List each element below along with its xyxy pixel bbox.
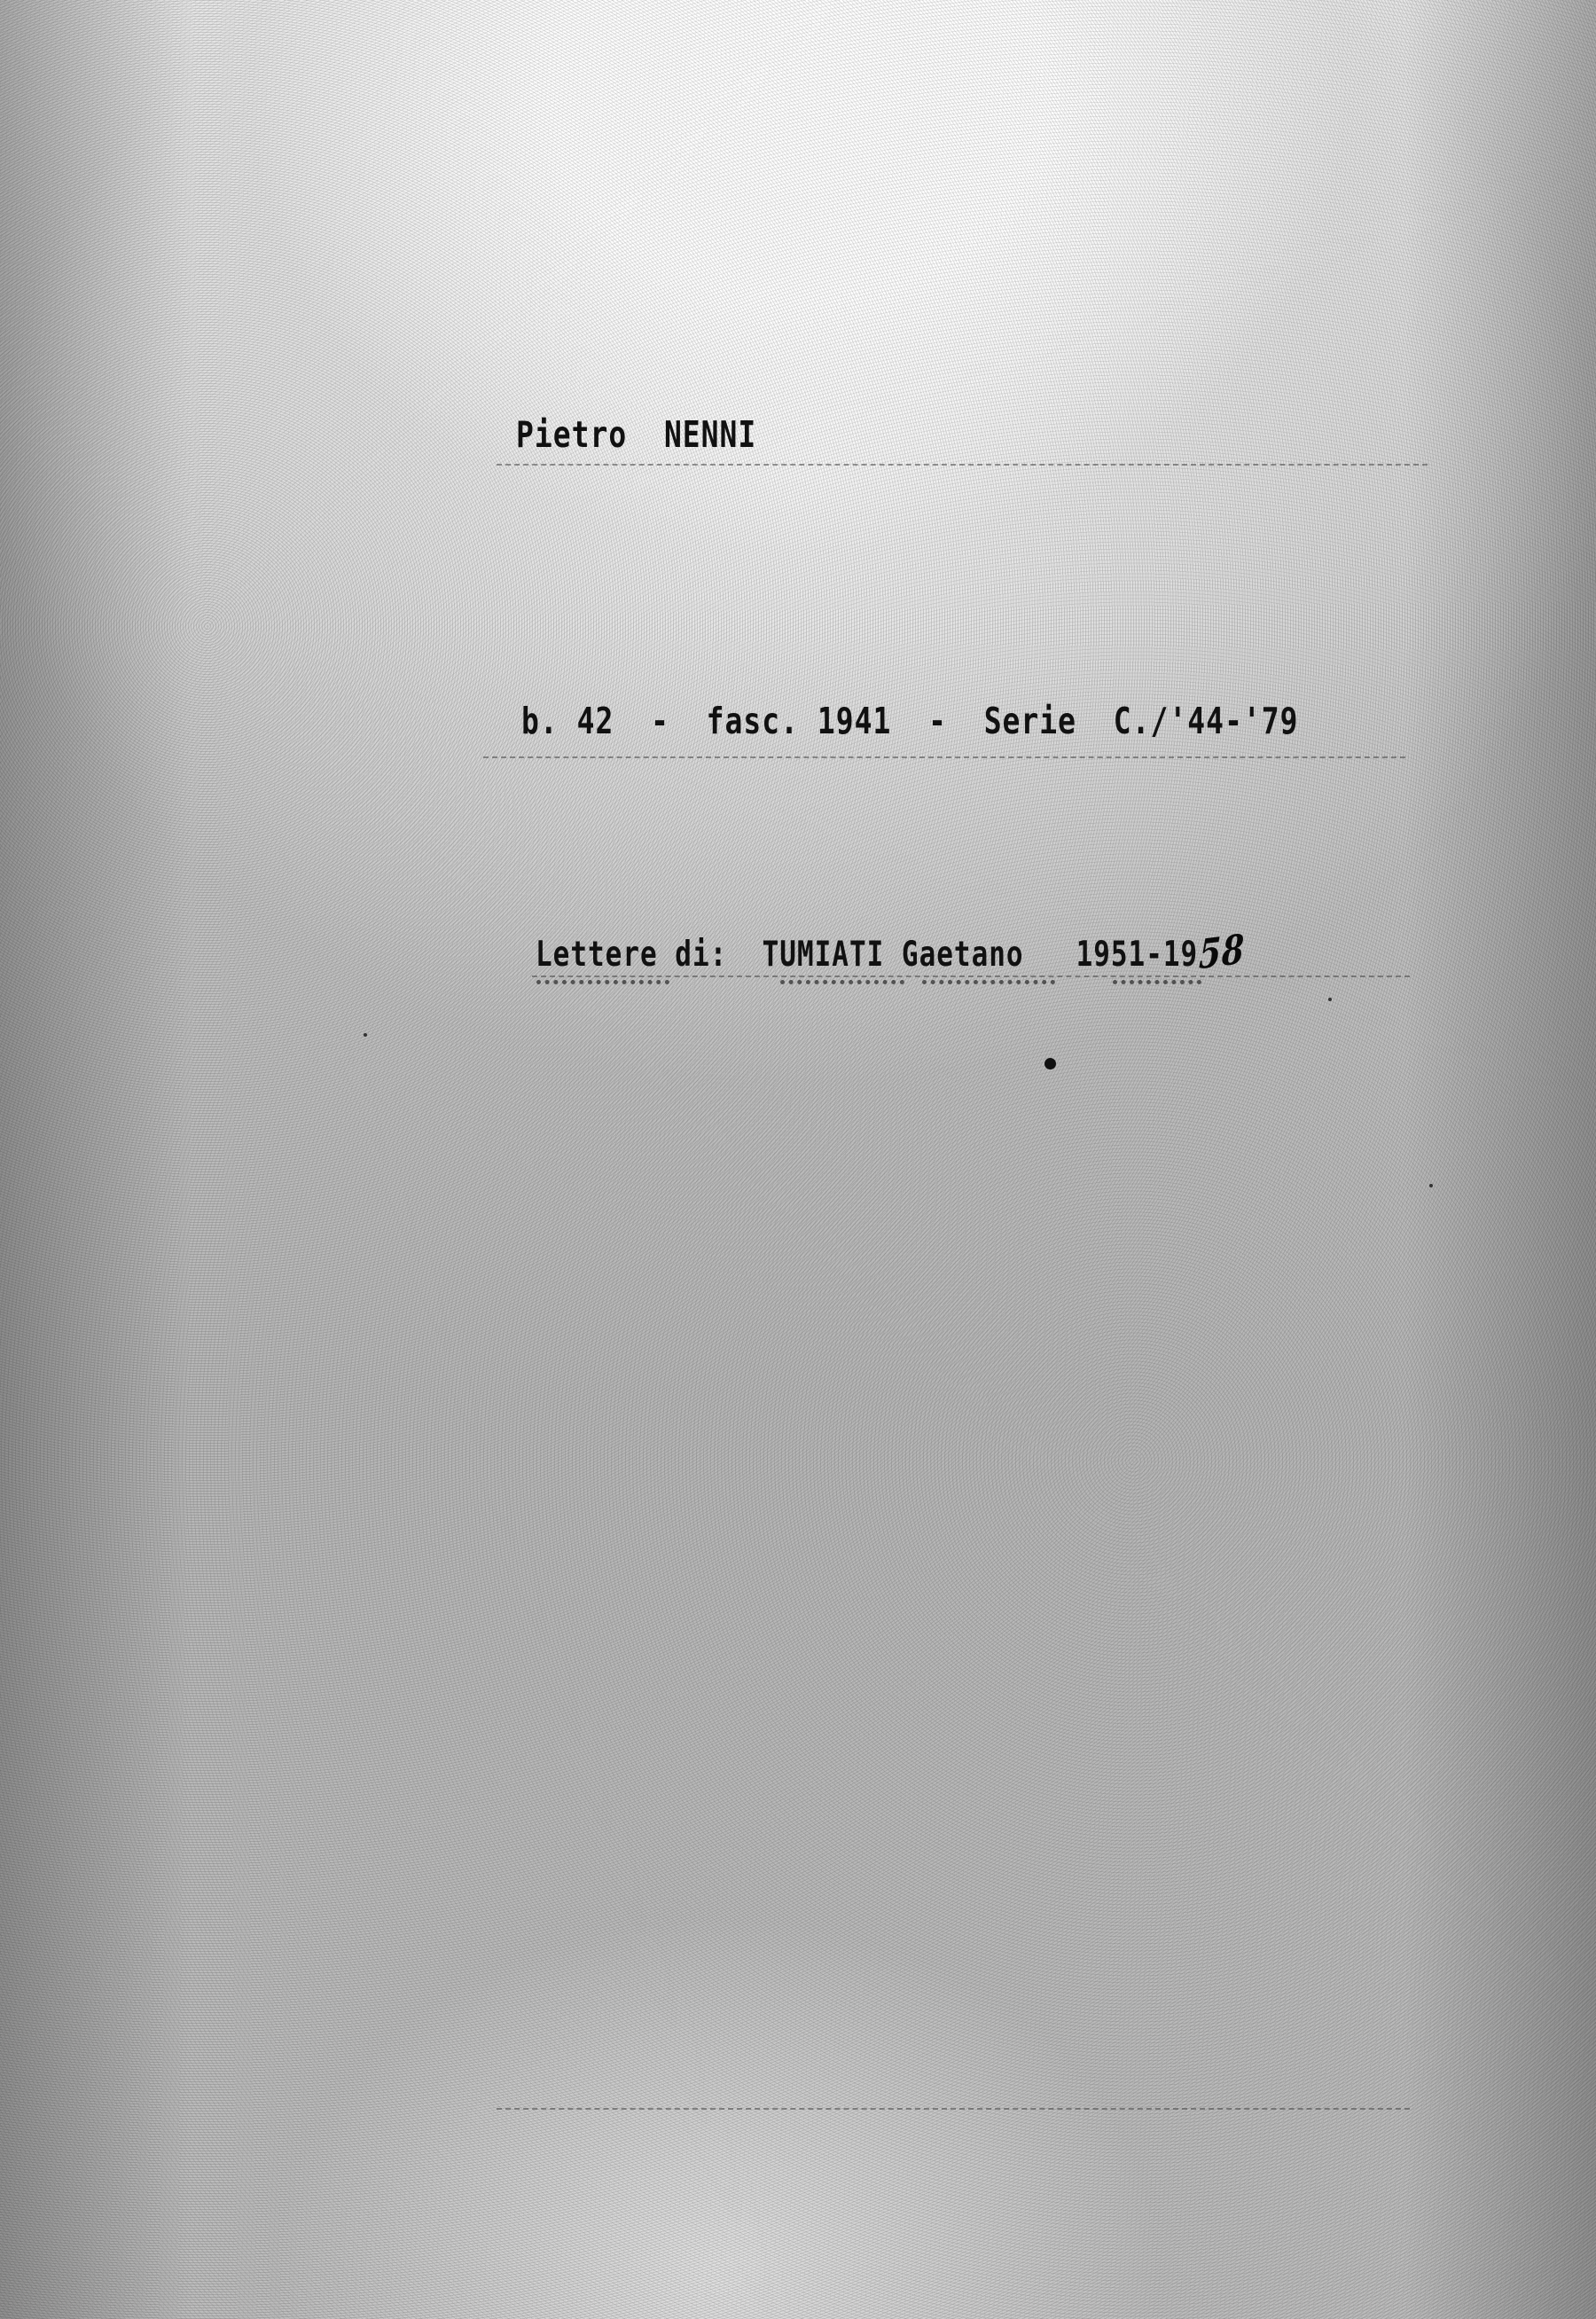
dotted-underline: [922, 980, 1055, 984]
speck-mark: [364, 1033, 367, 1037]
archive-reference: b. 42 - fasc. 1941 - Serie C./'44-'79: [521, 699, 1298, 742]
photocopy-noise-texture: [0, 0, 1596, 2319]
bottom-rule: [497, 2108, 1410, 2110]
dotted-underline: [1113, 980, 1201, 984]
author-name: Pietro NENNI: [516, 412, 756, 456]
speck-mark: [1429, 1184, 1433, 1187]
ink-dot-mark: [1044, 1058, 1056, 1069]
speck-mark: [1328, 998, 1332, 1001]
letters-underline: [532, 975, 1410, 977]
author-underline: [497, 464, 1428, 466]
handwritten-year-correction: 58: [1199, 926, 1246, 979]
dotted-underline: [536, 980, 669, 984]
letters-line: Lettere di: TUMIATI Gaetano 1951-1958: [536, 929, 1245, 976]
reference-underline: [483, 756, 1405, 758]
letters-typed-text: Lettere di: TUMIATI Gaetano 1951-19: [536, 935, 1198, 975]
dotted-underline: [780, 980, 904, 984]
